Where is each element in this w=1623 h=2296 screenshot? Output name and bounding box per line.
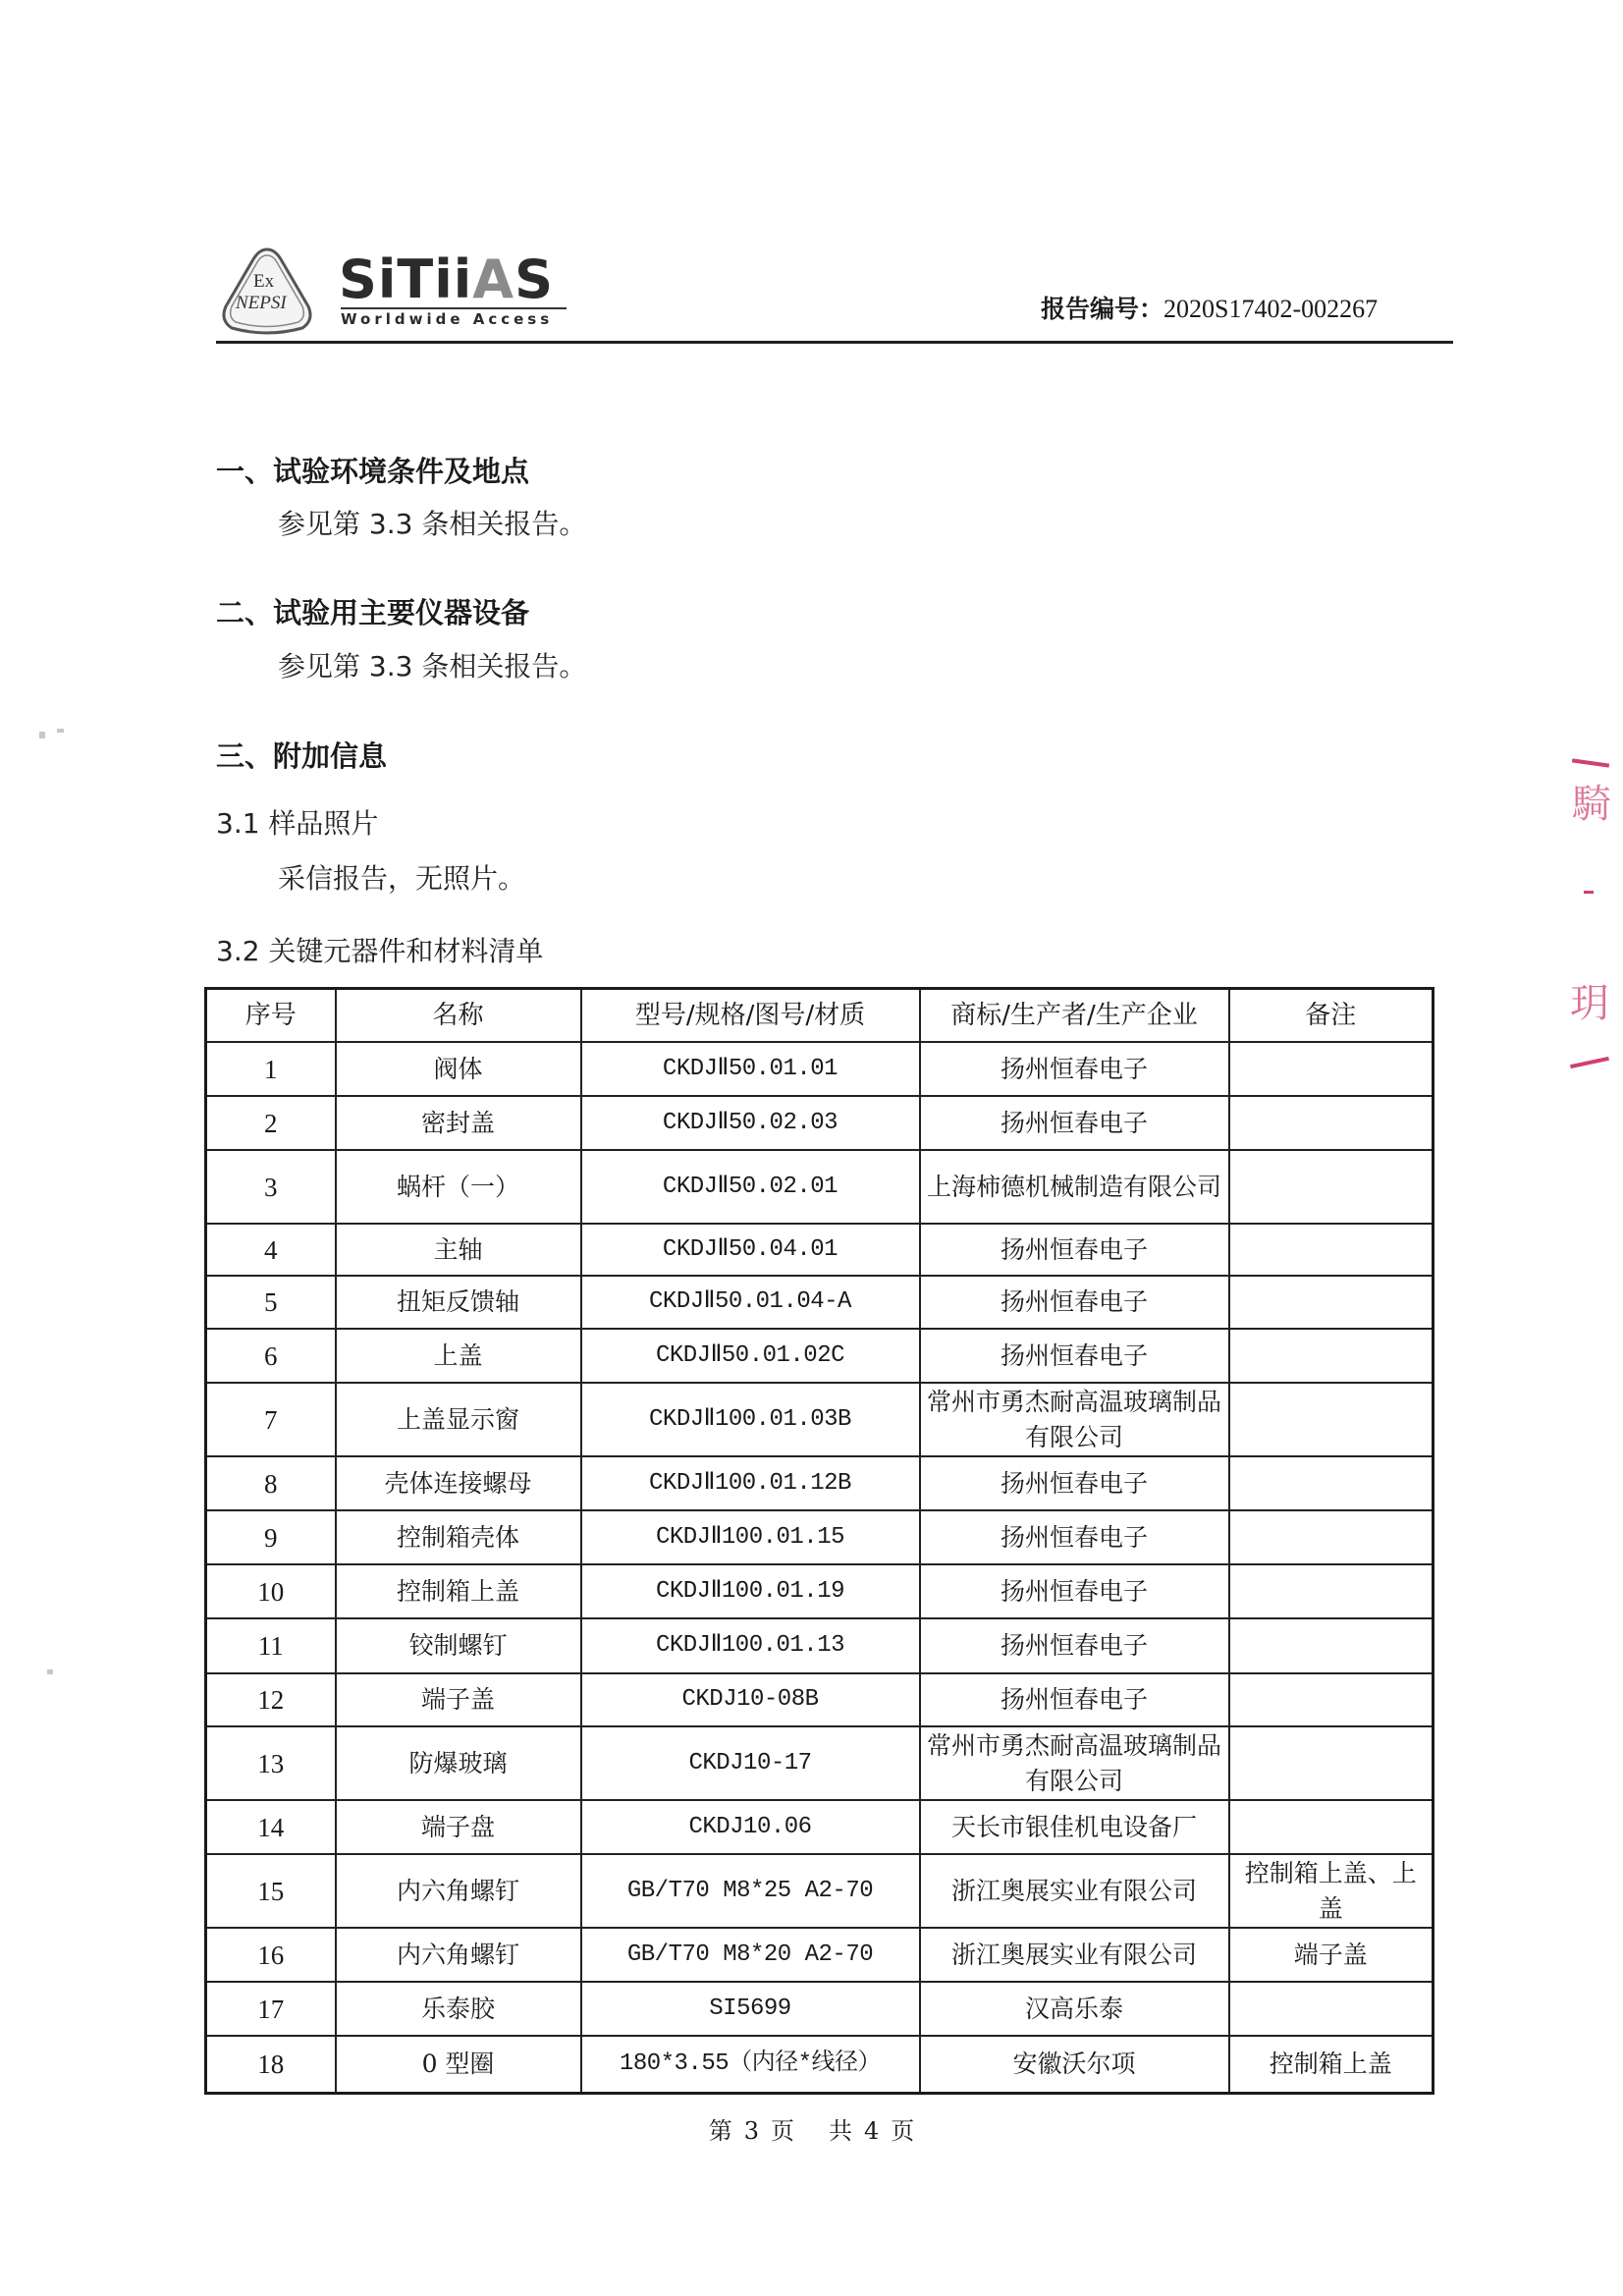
cell-note: 控制箱上盖、上盖 [1229,1854,1434,1928]
cell-name: 上盖显示窗 [336,1383,581,1456]
cell-no: 5 [206,1276,336,1329]
subsection-3-1-body: 采信报告，无照片。 [278,857,525,897]
page-mid: 页 [771,2117,794,2145]
table-row: 12 端子盖 CKDJ10-08B 扬州恒春电子 [206,1673,1434,1726]
section-3-title: 三、附加信息 [216,735,387,775]
cell-maker: 扬州恒春电子 [920,1456,1229,1510]
cell-no: 1 [206,1042,336,1096]
report-number-value: 2020S17402-002267 [1163,295,1378,323]
stamp-dash [1584,891,1594,894]
cell-name: 0 型圈 [336,2036,581,2093]
cell-note [1229,1276,1434,1329]
cell-no: 14 [206,1800,336,1854]
cell-no: 10 [206,1564,336,1618]
cell-name: 内六角螺钉 [336,1854,581,1928]
cell-maker: 扬州恒春电子 [920,1564,1229,1618]
cell-maker: 扬州恒春电子 [920,1096,1229,1150]
brand-text-part3: S [514,248,554,310]
cell-no: 18 [206,2036,336,2093]
cell-note: 控制箱上盖 [1229,2036,1434,2093]
cell-maker: 扬州恒春电子 [920,1618,1229,1673]
cell-maker: 浙江奥展实业有限公司 [920,1928,1229,1982]
cell-no: 3 [206,1150,336,1224]
cell-name: 乐泰胶 [336,1982,581,2036]
cell-name: 内六角螺钉 [336,1928,581,1982]
table-row: 17 乐泰胶 SI5699 汉高乐泰 [206,1982,1434,2036]
sitiias-logo: SiTiiAS [339,253,554,306]
cell-maker: 扬州恒春电子 [920,1329,1229,1383]
report-number: 报告编号：2020S17402-002267 [1041,290,1378,325]
cell-model: GB/T70 M8*25 A2-70 [581,1854,920,1928]
cell-name: 主轴 [336,1224,581,1276]
logo-underline [341,307,567,309]
cell-no: 16 [206,1928,336,1982]
cell-name: 端子盖 [336,1673,581,1726]
table-row: 14 端子盘 CKDJ10.06 天长市银佳机电设备厂 [206,1800,1434,1854]
table-row: 4 主轴 CKDJⅡ50.04.01 扬州恒春电子 [206,1224,1434,1276]
cell-name: 阀体 [336,1042,581,1096]
page-total: 4 [864,2117,879,2145]
cell-name: 扭矩反馈轴 [336,1276,581,1329]
cell-no: 11 [206,1618,336,1673]
section-2-title: 二、试验用主要仪器设备 [216,591,529,631]
cell-name: 蜗杆（一） [336,1150,581,1224]
brand-text-part2: A [472,248,514,310]
cell-model: CKDJⅡ100.01.13 [581,1618,920,1673]
table-row: 11 铰制螺钉 CKDJⅡ100.01.13 扬州恒春电子 [206,1618,1434,1673]
section-2-body: 参见第 3.3 条相关报告。 [278,645,586,684]
cell-no: 6 [206,1329,336,1383]
cell-maker: 常州市勇杰耐高温玻璃制品有限公司 [920,1726,1229,1800]
subsection-3-1-title: 3.1 样品照片 [216,802,378,842]
cell-note [1229,1224,1434,1276]
page-current: 3 [744,2117,759,2145]
cell-no: 2 [206,1096,336,1150]
cell-model: CKDJⅡ100.01.03B [581,1383,920,1456]
cell-model: SI5699 [581,1982,920,2036]
total-prefix: 共 [829,2117,852,2145]
cell-model: CKDJⅡ50.01.04-A [581,1276,920,1329]
cell-no: 12 [206,1673,336,1726]
cell-model: CKDJⅡ50.01.02C [581,1329,920,1383]
cell-maker: 扬州恒春电子 [920,1673,1229,1726]
subsection-3-2-title: 3.2 关键元器件和材料清单 [216,930,543,969]
stamp-bar-bottom [1570,1057,1609,1068]
cell-note [1229,1564,1434,1618]
page-footer: 第3页 共4页 [0,2111,1623,2146]
cell-name: 上盖 [336,1329,581,1383]
cell-maker: 扬州恒春电子 [920,1224,1229,1276]
col-header-model: 型号/规格/图号/材质 [581,989,920,1043]
table-row: 5 扭矩反馈轴 CKDJⅡ50.01.04-A 扬州恒春电子 [206,1276,1434,1329]
cell-model: CKDJⅡ100.01.12B [581,1456,920,1510]
ex-nepsi-logo: Ex NEPSI [218,246,316,336]
cell-maker: 扬州恒春电子 [920,1042,1229,1096]
table-row: 13 防爆玻璃 CKDJ10-17 常州市勇杰耐高温玻璃制品有限公司 [206,1726,1434,1800]
cell-no: 8 [206,1456,336,1510]
cell-name: 密封盖 [336,1096,581,1150]
cell-model: CKDJⅡ50.02.03 [581,1096,920,1150]
cell-model: CKDJ10-17 [581,1726,920,1800]
table-row: 7 上盖显示窗 CKDJⅡ100.01.03B 常州市勇杰耐高温玻璃制品有限公司 [206,1383,1434,1456]
cell-note [1229,1329,1434,1383]
cell-no: 17 [206,1982,336,2036]
stamp-bar-top [1572,758,1609,767]
brand-tagline: Worldwide Access [341,310,553,328]
cell-maker: 安徽沃尔项 [920,2036,1229,2093]
page-suffix: 页 [891,2117,914,2145]
cell-model: 180*3.55（内径*线径） [581,2036,920,2093]
scan-artifact [47,1669,53,1674]
cell-note [1229,1726,1434,1800]
cell-model: CKDJⅡ50.02.01 [581,1150,920,1224]
scan-artifact [39,732,45,738]
table-row: 10 控制箱上盖 CKDJⅡ100.01.19 扬州恒春电子 [206,1564,1434,1618]
scan-artifact [57,729,64,733]
cell-model: CKDJ10.06 [581,1800,920,1854]
cell-maker: 天长市银佳机电设备厂 [920,1800,1229,1854]
cell-model: CKDJⅡ50.01.01 [581,1042,920,1096]
table-row: 15 内六角螺钉 GB/T70 M8*25 A2-70 浙江奥展实业有限公司 控… [206,1854,1434,1928]
logo-ex-text: Ex [253,271,274,293]
cell-model: GB/T70 M8*20 A2-70 [581,1928,920,1982]
cell-no: 15 [206,1854,336,1928]
page-prefix: 第 [709,2117,732,2145]
table-row: 8 壳体连接螺母 CKDJⅡ100.01.12B 扬州恒春电子 [206,1456,1434,1510]
section-1-body: 参见第 3.3 条相关报告。 [278,503,586,542]
cell-maker: 上海柿德机械制造有限公司 [920,1150,1229,1224]
table-header-row: 序号 名称 型号/规格/图号/材质 商标/生产者/生产企业 备注 [206,989,1434,1043]
cell-name: 防爆玻璃 [336,1726,581,1800]
cell-note [1229,1510,1434,1564]
col-header-no: 序号 [206,989,336,1043]
cell-model: CKDJⅡ100.01.15 [581,1510,920,1564]
col-header-maker: 商标/生产者/生产企业 [920,989,1229,1043]
cell-note [1229,1383,1434,1456]
cell-note [1229,1150,1434,1224]
table-row: 3 蜗杆（一） CKDJⅡ50.02.01 上海柿德机械制造有限公司 [206,1150,1434,1224]
cell-name: 控制箱上盖 [336,1564,581,1618]
cell-no: 4 [206,1224,336,1276]
cell-no: 7 [206,1383,336,1456]
cell-name: 铰制螺钉 [336,1618,581,1673]
col-header-name: 名称 [336,989,581,1043]
cell-no: 13 [206,1726,336,1800]
cell-name: 壳体连接螺母 [336,1456,581,1510]
table-row: 6 上盖 CKDJⅡ50.01.02C 扬州恒春电子 [206,1329,1434,1383]
cell-maker: 扬州恒春电子 [920,1276,1229,1329]
cell-maker: 常州市勇杰耐高温玻璃制品有限公司 [920,1383,1229,1456]
cell-model: CKDJⅡ100.01.19 [581,1564,920,1618]
brand-text-part1: SiTii [339,248,472,310]
cell-model: CKDJ10-08B [581,1673,920,1726]
header-divider [216,341,1453,344]
components-table: 序号 名称 型号/规格/图号/材质 商标/生产者/生产企业 备注 1 阀体 CK… [204,987,1434,2095]
logo-nepsi-text: NEPSI [236,293,287,314]
cell-note [1229,1618,1434,1673]
cell-note [1229,1096,1434,1150]
stamp-char-top: 騎 [1572,773,1611,829]
table-row: 18 0 型圈 180*3.55（内径*线径） 安徽沃尔项 控制箱上盖 [206,2036,1434,2093]
cell-note [1229,1982,1434,2036]
table-row: 1 阀体 CKDJⅡ50.01.01 扬州恒春电子 [206,1042,1434,1096]
cell-maker: 浙江奥展实业有限公司 [920,1854,1229,1928]
cell-note [1229,1456,1434,1510]
table-row: 16 内六角螺钉 GB/T70 M8*20 A2-70 浙江奥展实业有限公司 端… [206,1928,1434,1982]
col-header-note: 备注 [1229,989,1434,1043]
cell-note [1229,1800,1434,1854]
cell-no: 9 [206,1510,336,1564]
cell-model: CKDJⅡ50.04.01 [581,1224,920,1276]
stamp-char-bottom: 玥 [1570,972,1609,1028]
table-row: 2 密封盖 CKDJⅡ50.02.03 扬州恒春电子 [206,1096,1434,1150]
cell-note [1229,1673,1434,1726]
report-number-label: 报告编号： [1041,295,1163,323]
seal-stamp: 騎 玥 [1566,751,1615,1085]
cell-note: 端子盖 [1229,1928,1434,1982]
section-1-title: 一、试验环境条件及地点 [216,450,529,490]
cell-maker: 汉高乐泰 [920,1982,1229,2036]
table-row: 9 控制箱壳体 CKDJⅡ100.01.15 扬州恒春电子 [206,1510,1434,1564]
cell-name: 控制箱壳体 [336,1510,581,1564]
cell-note [1229,1042,1434,1096]
cell-maker: 扬州恒春电子 [920,1510,1229,1564]
cell-name: 端子盘 [336,1800,581,1854]
